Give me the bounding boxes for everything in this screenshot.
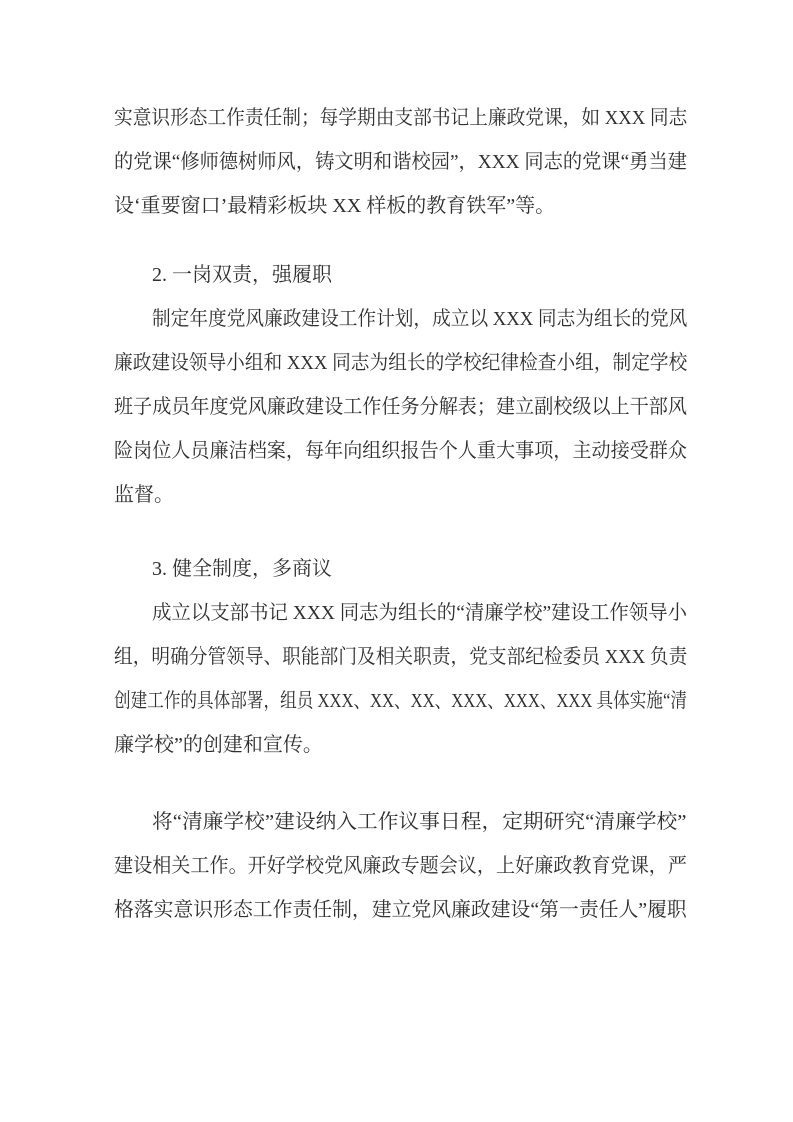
text-line: 险岗位人员廉洁档案，每年向组织报告个人重大事项，主动接受群众: [114, 429, 687, 473]
text-line: 格落实意识形态工作责任制，建立党风廉政建设“第一责任人”履职: [114, 888, 687, 932]
text-line: 廉学校”的创建和宣传。: [114, 723, 687, 767]
text-line: 的党课“修师德树师风，铸文明和谐校园”，XXX 同志的党课“勇当建: [114, 140, 687, 184]
paragraph: 将“清廉学校”建设纳入工作议事日程，定期研究“清廉学校” 建设相关工作。开好学校…: [114, 800, 687, 932]
document-page: 实意识形态工作责任制；每学期由支部书记上廉政党课，如 XXX 同志 的党课“修师…: [0, 0, 793, 1122]
text-line: 建设相关工作。开好学校党风廉政专题会议，上好廉政教育党课，严: [114, 844, 687, 888]
text-line: 班子成员年度党风廉政建设工作任务分解表；建立副校级以上干部风: [114, 385, 687, 429]
section-heading: 2. 一岗双责，强履职: [114, 253, 687, 297]
section-heading: 3. 健全制度，多商议: [114, 547, 687, 591]
text-line: 成立以支部书记 XXX 同志为组长的“清廉学校”建设工作领导小: [114, 591, 687, 635]
paragraph: 成立以支部书记 XXX 同志为组长的“清廉学校”建设工作领导小 组，明确分管领导…: [114, 591, 687, 767]
text-line: 实意识形态工作责任制；每学期由支部书记上廉政党课，如 XXX 同志: [114, 96, 687, 140]
text-line: 监督。: [114, 473, 687, 517]
text-line: 将“清廉学校”建设纳入工作议事日程，定期研究“清廉学校”: [114, 800, 687, 844]
text-line: 创建工作的具体部署，组员 XXX、XX、XX、XXX、XXX、XXX 具体实施“…: [114, 679, 687, 723]
text-line: 设‘重要窗口’最精彩板块 XX 样板的教育铁军”等。: [114, 184, 687, 228]
text-line: 廉政建设领导小组和 XXX 同志为组长的学校纪律检查小组，制定学校: [114, 341, 687, 385]
text-line: 制定年度党风廉政建设工作计划，成立以 XXX 同志为组长的党风: [114, 297, 687, 341]
document-content: 实意识形态工作责任制；每学期由支部书记上廉政党课，如 XXX 同志 的党课“修师…: [0, 0, 687, 932]
paragraph: 制定年度党风廉政建设工作计划，成立以 XXX 同志为组长的党风 廉政建设领导小组…: [114, 297, 687, 517]
paragraph: 实意识形态工作责任制；每学期由支部书记上廉政党课，如 XXX 同志 的党课“修师…: [114, 96, 687, 228]
text-line: 组，明确分管领导、职能部门及相关职责，党支部纪检委员 XXX 负责: [114, 635, 687, 679]
